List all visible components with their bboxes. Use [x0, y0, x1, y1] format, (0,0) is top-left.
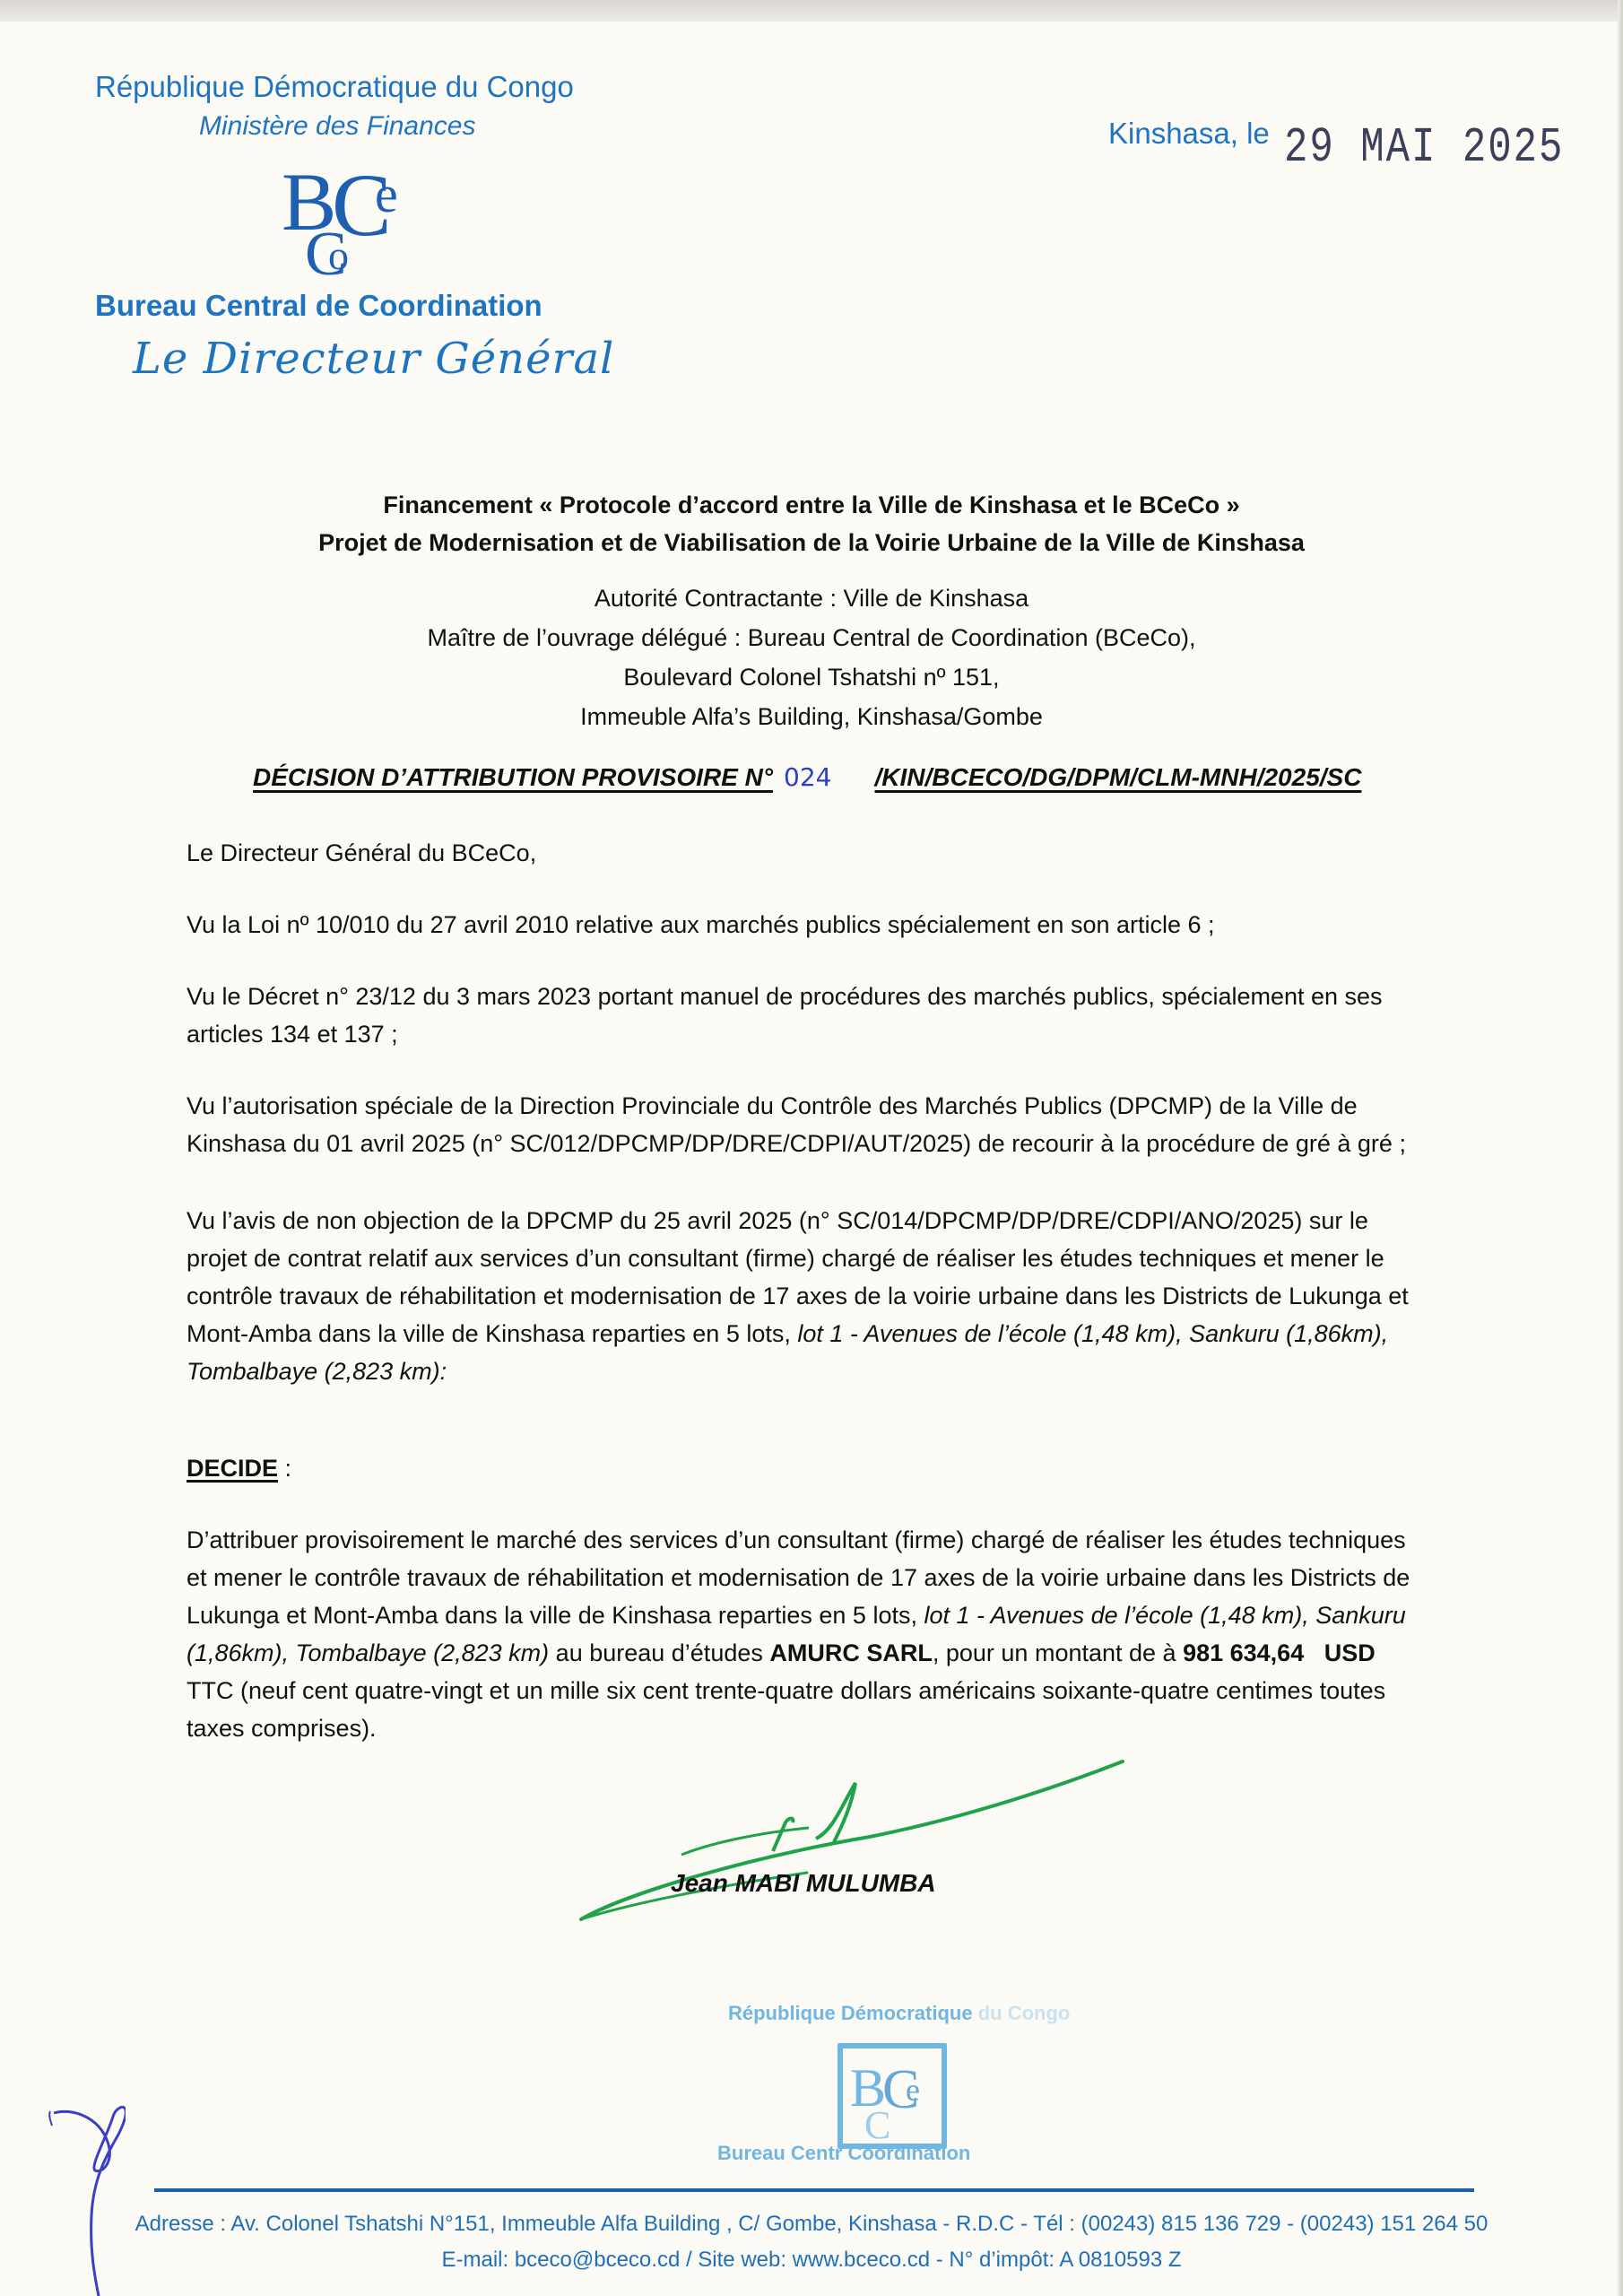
amount-in-words: TTC (neuf cent quatre-vingt et un mille …: [187, 1677, 1385, 1742]
recital-authorization: Vu l’autorisation spéciale de la Directi…: [187, 1087, 1433, 1162]
decide-heading: DECIDE :: [187, 1455, 291, 1483]
date-prefix: Kinshasa, le: [1108, 117, 1270, 151]
opening-line: Le Directeur Général du BCeCo,: [187, 834, 1433, 872]
heading-project: Projet de Modernisation et de Viabilisat…: [0, 529, 1623, 557]
contract-amount: 981 634,64: [1183, 1639, 1304, 1666]
footer-divider: [154, 2188, 1474, 2192]
decision-number-handwritten: 024: [784, 762, 831, 792]
bceco-logo-icon: B C e C o: [269, 152, 430, 278]
letterhead-country: République Démocratique du Congo: [95, 70, 574, 104]
address-line-1: Boulevard Colonel Tshatshi nº 151,: [0, 664, 1623, 691]
decision-title: DÉCISION D’ATTRIBUTION PROVISOIRE N°024/…: [253, 762, 1361, 792]
delegated-owner: Maître de l’ouvrage délégué : Bureau Cen…: [0, 624, 1623, 652]
stamp-line-2: Bureau Centr Coordination: [717, 2142, 970, 2165]
stamp-line-1: République Démocratique du Congo: [728, 2002, 1070, 2025]
letterhead-organization: Bureau Central de Coordination: [95, 289, 542, 323]
svg-text:e: e: [906, 2072, 920, 2108]
stamp-logo-icon: B C e C: [843, 2048, 942, 2144]
footer-contact: E-mail: bceco@bceco.cd / Site web: www.b…: [0, 2248, 1623, 2273]
recital-no-objection: Vu l’avis de non objection de la DPCMP d…: [187, 1202, 1433, 1390]
date-stamp: 29 MAI 2025: [1284, 120, 1564, 177]
decision-title-suffix: /KIN/BCECO/DG/DPM/CLM-MNH/2025/SC: [875, 763, 1362, 791]
stamp-logo-box: B C e C: [838, 2043, 947, 2149]
recital-law: Vu la Loi nº 10/010 du 27 avril 2010 rel…: [187, 906, 1433, 944]
decision-text: D’attribuer provisoirement le marché des…: [187, 1521, 1424, 1747]
decide-colon: :: [278, 1455, 291, 1482]
svg-text:e: e: [375, 165, 398, 223]
footer-address: Adresse : Av. Colonel Tshatshi N°151, Im…: [0, 2212, 1623, 2237]
svg-text:C: C: [864, 2103, 890, 2144]
decision-amount-intro: , pour un montant de à: [933, 1639, 1183, 1666]
contracting-authority: Autorité Contractante : Ville de Kinshas…: [0, 585, 1623, 613]
scan-right-edge: [1618, 0, 1623, 2296]
letterhead-office: Le Directeur Général: [133, 334, 614, 384]
awardee-name: AMURC SARL: [769, 1639, 933, 1666]
decision-title-prefix: DÉCISION D’ATTRIBUTION PROVISOIRE N°: [253, 763, 773, 791]
letterhead-ministry: Ministère des Finances: [199, 111, 475, 142]
recital-decree: Vu le Décret n° 23/12 du 3 mars 2023 por…: [187, 978, 1433, 1053]
address-line-2: Immeuble Alfa’s Building, Kinshasa/Gombe: [0, 703, 1623, 731]
decide-label: DECIDE: [187, 1455, 278, 1482]
signature-icon: [574, 1758, 1130, 1937]
official-stamp: République Démocratique du Congo B C e C…: [717, 1991, 1094, 2170]
heading-financing: Financement « Protocole d’accord entre l…: [0, 491, 1623, 519]
scan-top-band: [0, 0, 1623, 22]
decision-text-mid: au bureau d’études: [549, 1639, 769, 1666]
signatory-name: Jean MABI MULUMBA: [671, 1869, 936, 1898]
svg-text:o: o: [328, 232, 349, 278]
contract-currency: USD: [1324, 1639, 1376, 1666]
